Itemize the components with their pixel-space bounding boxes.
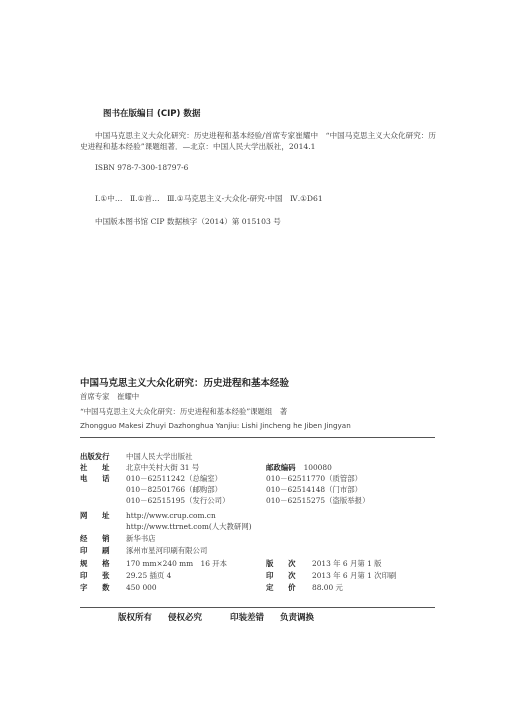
cip-title: 图书在版编目 (CIP) 数据 [103,107,200,119]
cip-description: 中国马克思主义大众化研究：历史进程和基本经验/首席专家崔耀中 “中国马克思主义大… [80,130,436,152]
format-row: 规 格170 mm×240 mm 16 开本 [80,555,227,566]
words-value: 450 000 [126,583,157,592]
address-row: 社 址北京中关村大街 31 号 [80,459,199,470]
cip-isbn: ISBN 978-7-300-18797-6 [95,163,188,172]
printer-value: 涿州市星河印刷有限公司 [126,546,207,555]
phone-right-3-row: 010－62515275（盗版举报） [266,492,369,503]
distributor-row: 经 销新华书店 [80,530,156,541]
cip-classification: Ⅰ.①中… Ⅱ.①首… Ⅲ.①马克思主义-大众化-研究-中国 Ⅳ.①D61 [95,193,323,204]
edition-row: 版 次2013 年 6 月第 1 版 [266,555,382,566]
chief-expert: 首席专家 崔耀中 [80,391,139,402]
phone-right-2-row: 010－62514148（门市部） [266,481,362,492]
divider-bottom [80,607,435,608]
book-title: 中国马克思主义大众化研究：历史进程和基本经验 [80,375,289,389]
cip-number: 中国版本图书馆 CIP 数据核字（2014）第 015103 号 [95,216,281,227]
footer-replacement: 负责调换 [280,613,314,623]
phone-row-3: 010－62515195（发行公司） [126,492,229,503]
phone-row-1: 电 话010－62511242（总编室） [80,470,222,481]
publisher-row: 出版发行中国人民大学出版社 [80,448,193,459]
price-row: 定 价88.00 元 [266,579,343,590]
footer-infringement: 侵权必究 [168,613,202,623]
copyright-footer: 版权所有侵权必究印装差错负责调换 [118,611,330,623]
price-label: 定 价 [266,582,312,593]
sheets-row: 印 张29.25 插页 4 [80,567,171,578]
phone-left-3: 010－62515195（发行公司） [126,496,229,505]
printing-row: 印 次2013 年 6 月第 1 次印刷 [266,567,396,578]
phone-right-3: 010－62515275（盗版举报） [266,496,369,505]
phone-row-2: 010－82501766（邮购部） [126,481,222,492]
phone-right-1-row: 010－62511770（质管部） [266,470,362,481]
author-group: “中国马克思主义大众化研究：历史进程和基本经验”课题组 著 [80,406,287,417]
footer-misprint: 印装差错 [230,613,264,623]
footer-copyright: 版权所有 [118,613,152,623]
phone-label: 电 话 [80,473,126,484]
words-label: 字 数 [80,582,126,593]
postcode-row: 邮政编码100080 [266,459,332,470]
pinyin-title: Zhongguo Makesi Zhuyi Dazhonghua Yanjiu:… [80,421,351,430]
words-row: 字 数450 000 [80,579,157,590]
printer-row: 印 刷涿州市星河印刷有限公司 [80,542,207,553]
website-row-1: 网 址http://www.crup.com.cn [80,507,216,518]
website-label: 网 址 [80,510,126,521]
website-row-2: http://www.ttrnet.com(人大教研网) [126,518,252,529]
price-value: 88.00 元 [312,583,343,592]
divider-top [80,437,435,438]
